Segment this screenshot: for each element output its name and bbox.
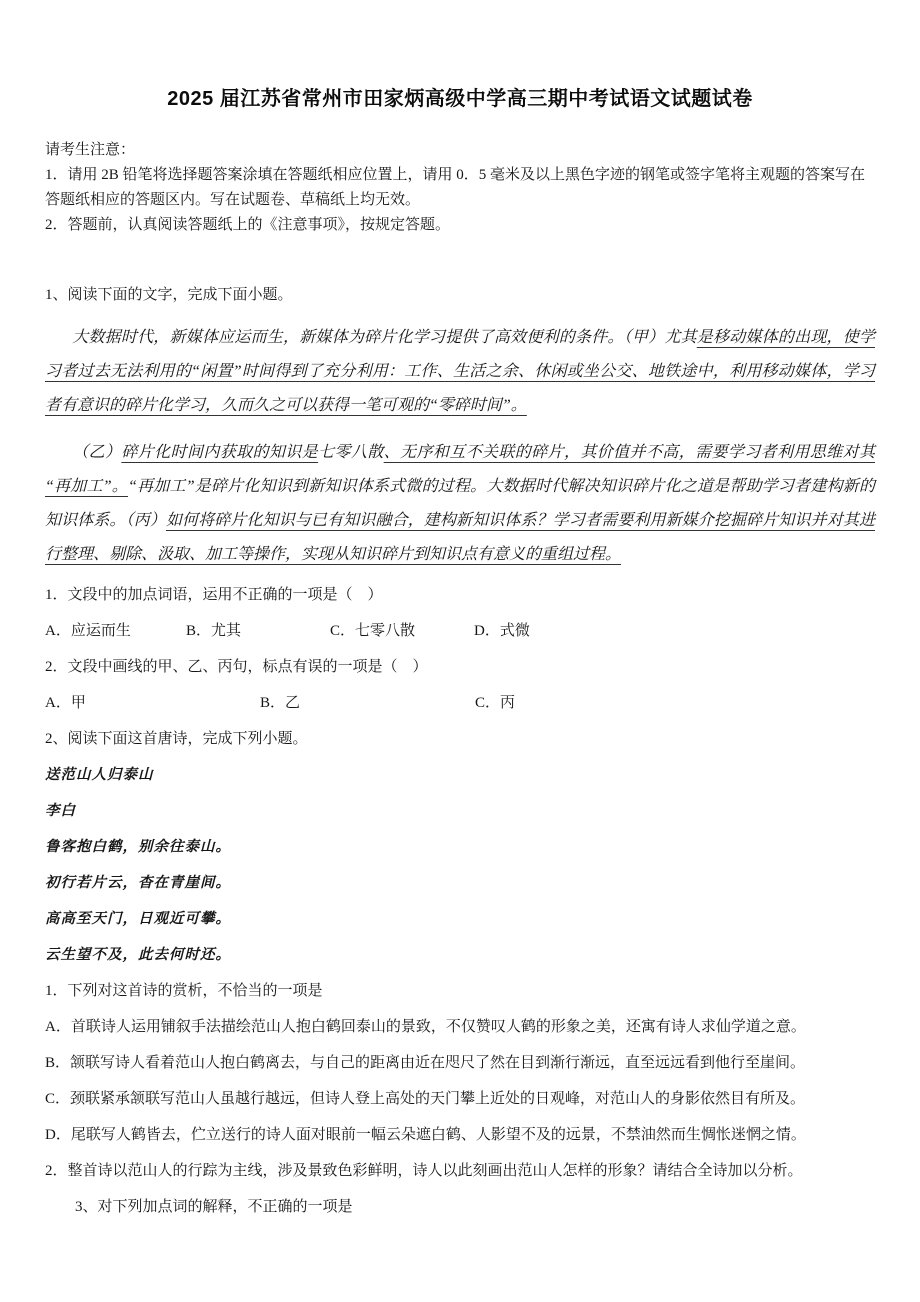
option-c: C．七零八散 [330, 619, 474, 644]
exam-paper-page: 2025 届江苏省常州市田家炳高级中学高三期中考试语文试题试卷 请考生注意： 1… [0, 0, 920, 1302]
notice-item-2: 2．答题前，认真阅读答题纸上的《注意事项》，按规定答题。 [45, 213, 875, 238]
passage-paragraph-1: 大数据时代，新媒体应运而生，新媒体为碎片化学习提供了高效便利的条件。（甲）尤其是… [45, 321, 875, 423]
section1-question-2-options: A．甲 B．乙 C．丙 [45, 691, 875, 716]
passage-paragraph-2: （乙）碎片化时间内获取的知识是七零八散、无序和互不关联的碎片，其价值并不高，需要… [45, 436, 875, 572]
underlined-text-segment: 如何将碎片化知识与已有知识融合，建构新知识体系？学习者需要利用新媒介挖掘碎片知识… [45, 512, 875, 563]
section2-question-1: 1．下列对这首诗的赏析，不恰当的一项是 [45, 979, 875, 1004]
page-title: 2025 届江苏省常州市田家炳高级中学高三期中考试语文试题试卷 [45, 0, 875, 112]
option-d: D．式微 [474, 619, 875, 644]
option-a: A．甲 [45, 691, 260, 716]
section2-q1-option-b: B．颔联写诗人看着范山人抱白鹤离去，与自己的距离由近在咫尺了然在目到渐行渐远，直… [45, 1051, 875, 1076]
poem-line-1: 鲁客抱白鹤，别余往泰山。 [45, 835, 875, 860]
section2-heading: 2、阅读下面这首唐诗，完成下列小题。 [45, 727, 875, 752]
section2-question-2: 2．整首诗以范山人的行踪为主线，涉及景致色彩鲜明，诗人以此刻画出范山人怎样的形象… [45, 1159, 875, 1184]
poem-title: 送范山人归泰山 [45, 763, 875, 788]
section2-q1-option-a: A．首联诗人运用铺叙手法描绘范山人抱白鹤回泰山的景致，不仅赞叹人鹤的形象之美，还… [45, 1015, 875, 1040]
section2-q1-option-c: C．颈联紧承颔联写范山人虽越行越远，但诗人登上高处的天门攀上近处的日观峰，对范山… [45, 1087, 875, 1112]
notice-heading: 请考生注意： [45, 138, 875, 163]
candidate-notice: 请考生注意： 1．请用 2B 铅笔将选择题答案涂填在答题纸相应位置上，请用 0．… [45, 138, 875, 238]
poem-author: 李白 [45, 799, 875, 824]
option-b: B．尤其 [186, 619, 330, 644]
underlined-text-segment: 碎片化时间内获取的知识是 [121, 444, 318, 461]
section1-question-1-options: A．应运而生 B．尤其 C．七零八散 D．式微 [45, 619, 875, 644]
notice-item-1: 1．请用 2B 铅笔将选择题答案涂填在答题纸相应位置上，请用 0．5 毫米及以上… [45, 163, 875, 213]
text-segment: 七零八散 [318, 444, 384, 461]
poem-line-2: 初行若片云，杳在青崖间。 [45, 871, 875, 896]
text-segment: 大数据时代，新媒体应运而生，新媒体为碎片化学习提供了高效便利的条件。（甲）尤其 [72, 329, 697, 346]
poem-line-4: 云生望不及，此去何时还。 [45, 943, 875, 968]
section2-q1-option-d: D．尾联写人鹤皆去，伫立送行的诗人面对眼前一幅云朵遮白鹤、人影望不及的远景，不禁… [45, 1123, 875, 1148]
option-b: B．乙 [260, 691, 475, 716]
poem-line-3: 高高至天门，日观近可攀。 [45, 907, 875, 932]
section3-heading: 3、对下列加点词的解释，不正确的一项是 [45, 1195, 875, 1220]
option-a: A．应运而生 [45, 619, 186, 644]
section1-question-2: 2．文段中画线的甲、乙、丙句，标点有误的一项是（ ） [45, 655, 875, 680]
section1-question-1: 1．文段中的加点词语，运用不正确的一项是（ ） [45, 583, 875, 608]
section1-heading: 1、阅读下面的文字，完成下面小题。 [45, 283, 875, 308]
option-c: C．丙 [475, 691, 875, 716]
text-segment: （乙） [72, 444, 121, 461]
